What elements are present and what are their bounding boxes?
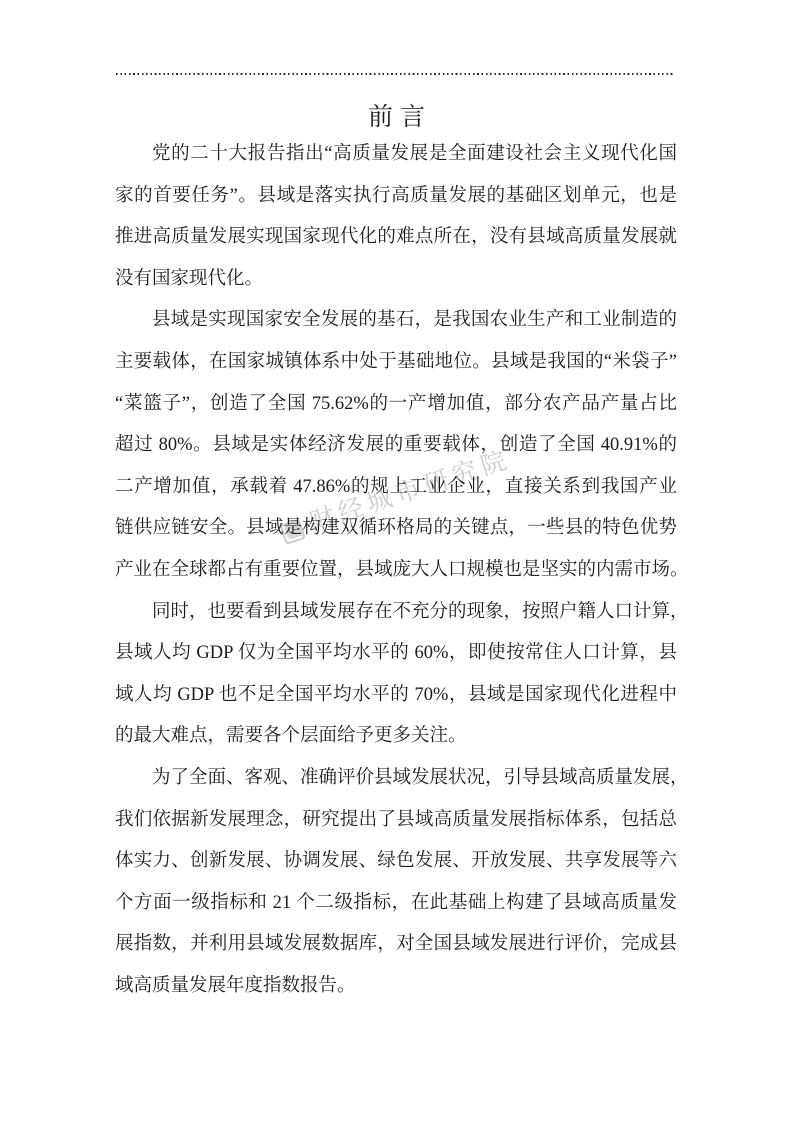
text-line: 县域是实现国家安全发展的基石，是我国农业生产和工业制造的 xyxy=(115,300,677,342)
text-line: 体实力、创新发展、协调发展、绿色发展、开放发展、共享发展等六 xyxy=(115,841,677,883)
text-line: “菜篮子”，创造了全国 75.62%的一产增加值，部分农产品产量占比 xyxy=(115,384,677,426)
text-line: 没有国家现代化。 xyxy=(115,259,677,301)
text-line: 推进高质量发展实现国家现代化的难点所在，没有县域高质量发展就 xyxy=(115,217,677,259)
document-body: 党的二十大报告指出“高质量发展是全面建设社会主义现代化国 家的首要任务”。县域是… xyxy=(115,134,677,1007)
document-page: 前言 财经城市研究院 党的二十大报告指出“高质量发展是全面建设社会主义现代化国 … xyxy=(0,0,793,1122)
text-line: 域高质量发展年度指数报告。 xyxy=(115,966,677,1008)
paragraph-4: 为了全面、客观、准确评价县域发展状况，引导县域高质量发展， 我们依据新发展理念，… xyxy=(115,758,677,1008)
text-line: 个方面一级指标和 21 个二级指标，在此基础上构建了县域高质量发 xyxy=(115,883,677,925)
paragraph-1: 党的二十大报告指出“高质量发展是全面建设社会主义现代化国 家的首要任务”。县域是… xyxy=(115,134,677,300)
text-line: 为了全面、客观、准确评价县域发展状况，引导县域高质量发展， xyxy=(115,758,677,800)
text-line: 展指数，并利用县域发展数据库，对全国县域发展进行评价，完成县 xyxy=(115,924,677,966)
text-line: 域人均 GDP 也不足全国平均水平的 70%，县域是国家现代化进程中 xyxy=(115,675,677,717)
text-line: 同时，也要看到县域发展存在不充分的现象，按照户籍人口计算， xyxy=(115,592,677,634)
paragraph-3: 同时，也要看到县域发展存在不充分的现象，按照户籍人口计算， 县域人均 GDP 仅… xyxy=(115,592,677,758)
paragraph-2: 县域是实现国家安全发展的基石，是我国农业生产和工业制造的 主要载体，在国家城镇体… xyxy=(115,300,677,591)
page-title: 前言 xyxy=(0,97,793,133)
text-line: 产业在全球都占有重要位置，县域庞大人口规模也是坚实的内需市场。 xyxy=(115,550,677,592)
text-line: 二产增加值，承载着 47.86%的规上工业企业，直接关系到我国产业 xyxy=(115,467,677,509)
header-dotted-rule xyxy=(116,73,674,75)
text-line: 主要载体，在国家城镇体系中处于基础地位。县域是我国的“米袋子” xyxy=(115,342,677,384)
text-line: 的最大难点，需要各个层面给予更多关注。 xyxy=(115,716,677,758)
text-line: 链供应链安全。县域是构建双循环格局的关键点，一些县的特色优势 xyxy=(115,508,677,550)
text-line: 家的首要任务”。县域是落实执行高质量发展的基础区划单元，也是 xyxy=(115,176,677,218)
text-line: 我们依据新发展理念，研究提出了县域高质量发展指标体系，包括总 xyxy=(115,800,677,842)
text-line: 党的二十大报告指出“高质量发展是全面建设社会主义现代化国 xyxy=(115,134,677,176)
text-line: 县域人均 GDP 仅为全国平均水平的 60%，即使按常住人口计算，县 xyxy=(115,633,677,675)
text-line: 超过 80%。县域是实体经济发展的重要载体，创造了全国 40.91%的 xyxy=(115,425,677,467)
